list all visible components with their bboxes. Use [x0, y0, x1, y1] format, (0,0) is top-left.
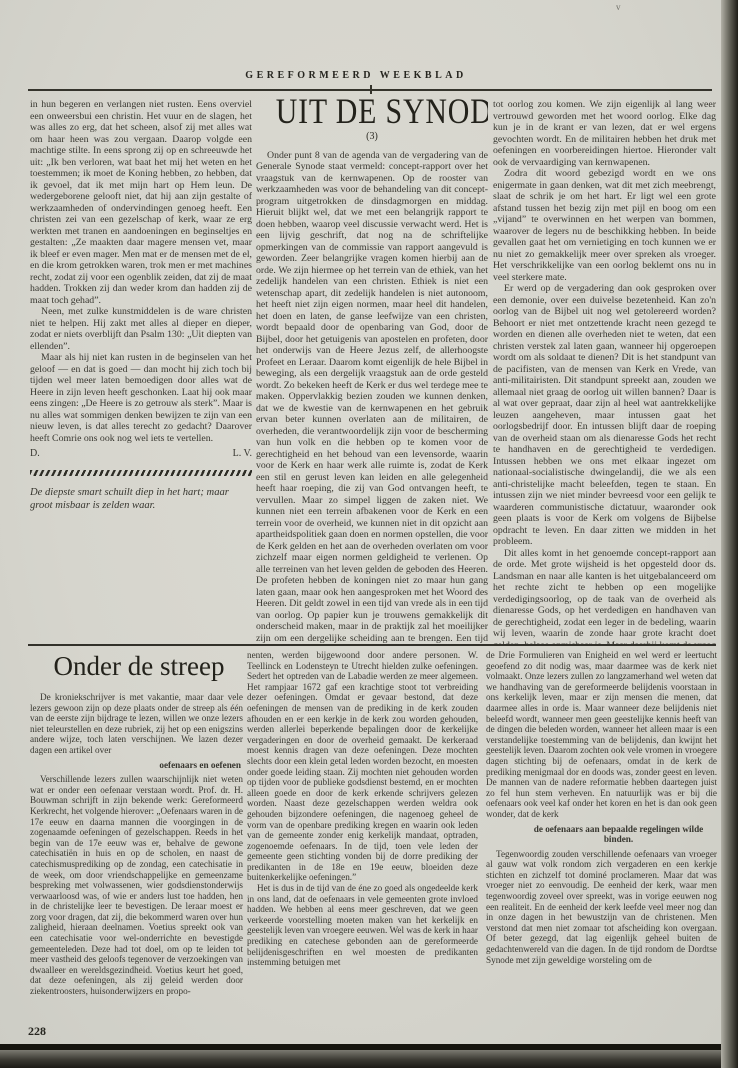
- streep-intro: De kroniekschrijver is met vakantie, maa…: [30, 692, 243, 756]
- synode-paragraph: Zodra dit woord gebezigd wordt en we ons…: [493, 168, 716, 283]
- signature-initial: D.: [30, 448, 40, 460]
- synode-column-1: UIT DE SYNODE (3) Onder punt 8 van de ag…: [256, 94, 488, 644]
- devotional-paragraph: in hun begeren en verlangen niet rusten.…: [30, 99, 252, 306]
- streep-paragraph: Tegenwoordig zouden verschillende oefena…: [486, 849, 717, 966]
- masthead-rule: [28, 89, 712, 91]
- streep-subheading-regelingen: de oefenaars aan bepaalde regelingen wil…: [486, 824, 717, 845]
- proverb-text: De diepste smart schuilt diep in het har…: [30, 486, 252, 512]
- page-edge-mark: v: [616, 2, 621, 12]
- scan-right-edge: [721, 0, 738, 1068]
- magazine-page-scan: v GEREFORMEERD WEEKBLAD in hun begeren e…: [0, 0, 738, 1068]
- scan-bottom-edge: [0, 1050, 738, 1068]
- streep-paragraph: nenten, werden bijgewoond door andere pe…: [247, 650, 478, 883]
- streep-paragraph: Het is dus in de tijd van de éne zo goed…: [247, 883, 478, 968]
- masthead-rule-tick: [370, 85, 372, 94]
- devotional-paragraph: Maar als hij niet kan rusten in de begin…: [30, 352, 252, 444]
- streep-paragraph: Verschillende lezers zullen waarschijnli…: [30, 774, 243, 996]
- signature-author: L. V.: [233, 448, 252, 460]
- page-number: 228: [28, 1024, 46, 1039]
- zigzag-divider: [30, 470, 252, 476]
- masthead-title: GEREFORMEERD WEEKBLAD: [0, 70, 712, 81]
- streep-section-title: Onder de streep: [30, 651, 248, 681]
- article-part-number: (3): [256, 131, 488, 143]
- synode-column-2: tot oorlog zou komen. We zijn eigenlijk …: [493, 99, 716, 644]
- devotional-column: in hun begeren en verlangen niet rusten.…: [30, 99, 252, 644]
- article-title: UIT DE SYNODE: [276, 94, 469, 128]
- synode-body-text: Onder punt 8 van de agenda van de vergad…: [256, 150, 488, 645]
- streep-column-1: De kroniekschrijver is met vakantie, maa…: [30, 692, 243, 1012]
- signature-row: D. L. V.: [30, 448, 252, 460]
- streep-paragraph: de Drie Formulieren van Enigheid en wel …: [486, 650, 717, 820]
- synode-paragraph: Er werd op de vergadering dan ook gespro…: [493, 283, 716, 548]
- streep-column-2: nenten, werden bijgewoond door andere pe…: [247, 650, 478, 1036]
- synode-paragraph: tot oorlog zou komen. We zijn eigenlijk …: [493, 99, 716, 168]
- synode-paragraph: Dit alles komt in het genoemde concept-r…: [493, 548, 716, 645]
- streep-subheading-oefenaars: oefenaars en oefenen: [30, 760, 241, 771]
- devotional-paragraph: Neen, met zulke kunstmiddelen is de ware…: [30, 306, 252, 352]
- streep-column-3: de Drie Formulieren van Enigheid en wel …: [486, 650, 717, 1042]
- section-divider-rule: [28, 644, 716, 646]
